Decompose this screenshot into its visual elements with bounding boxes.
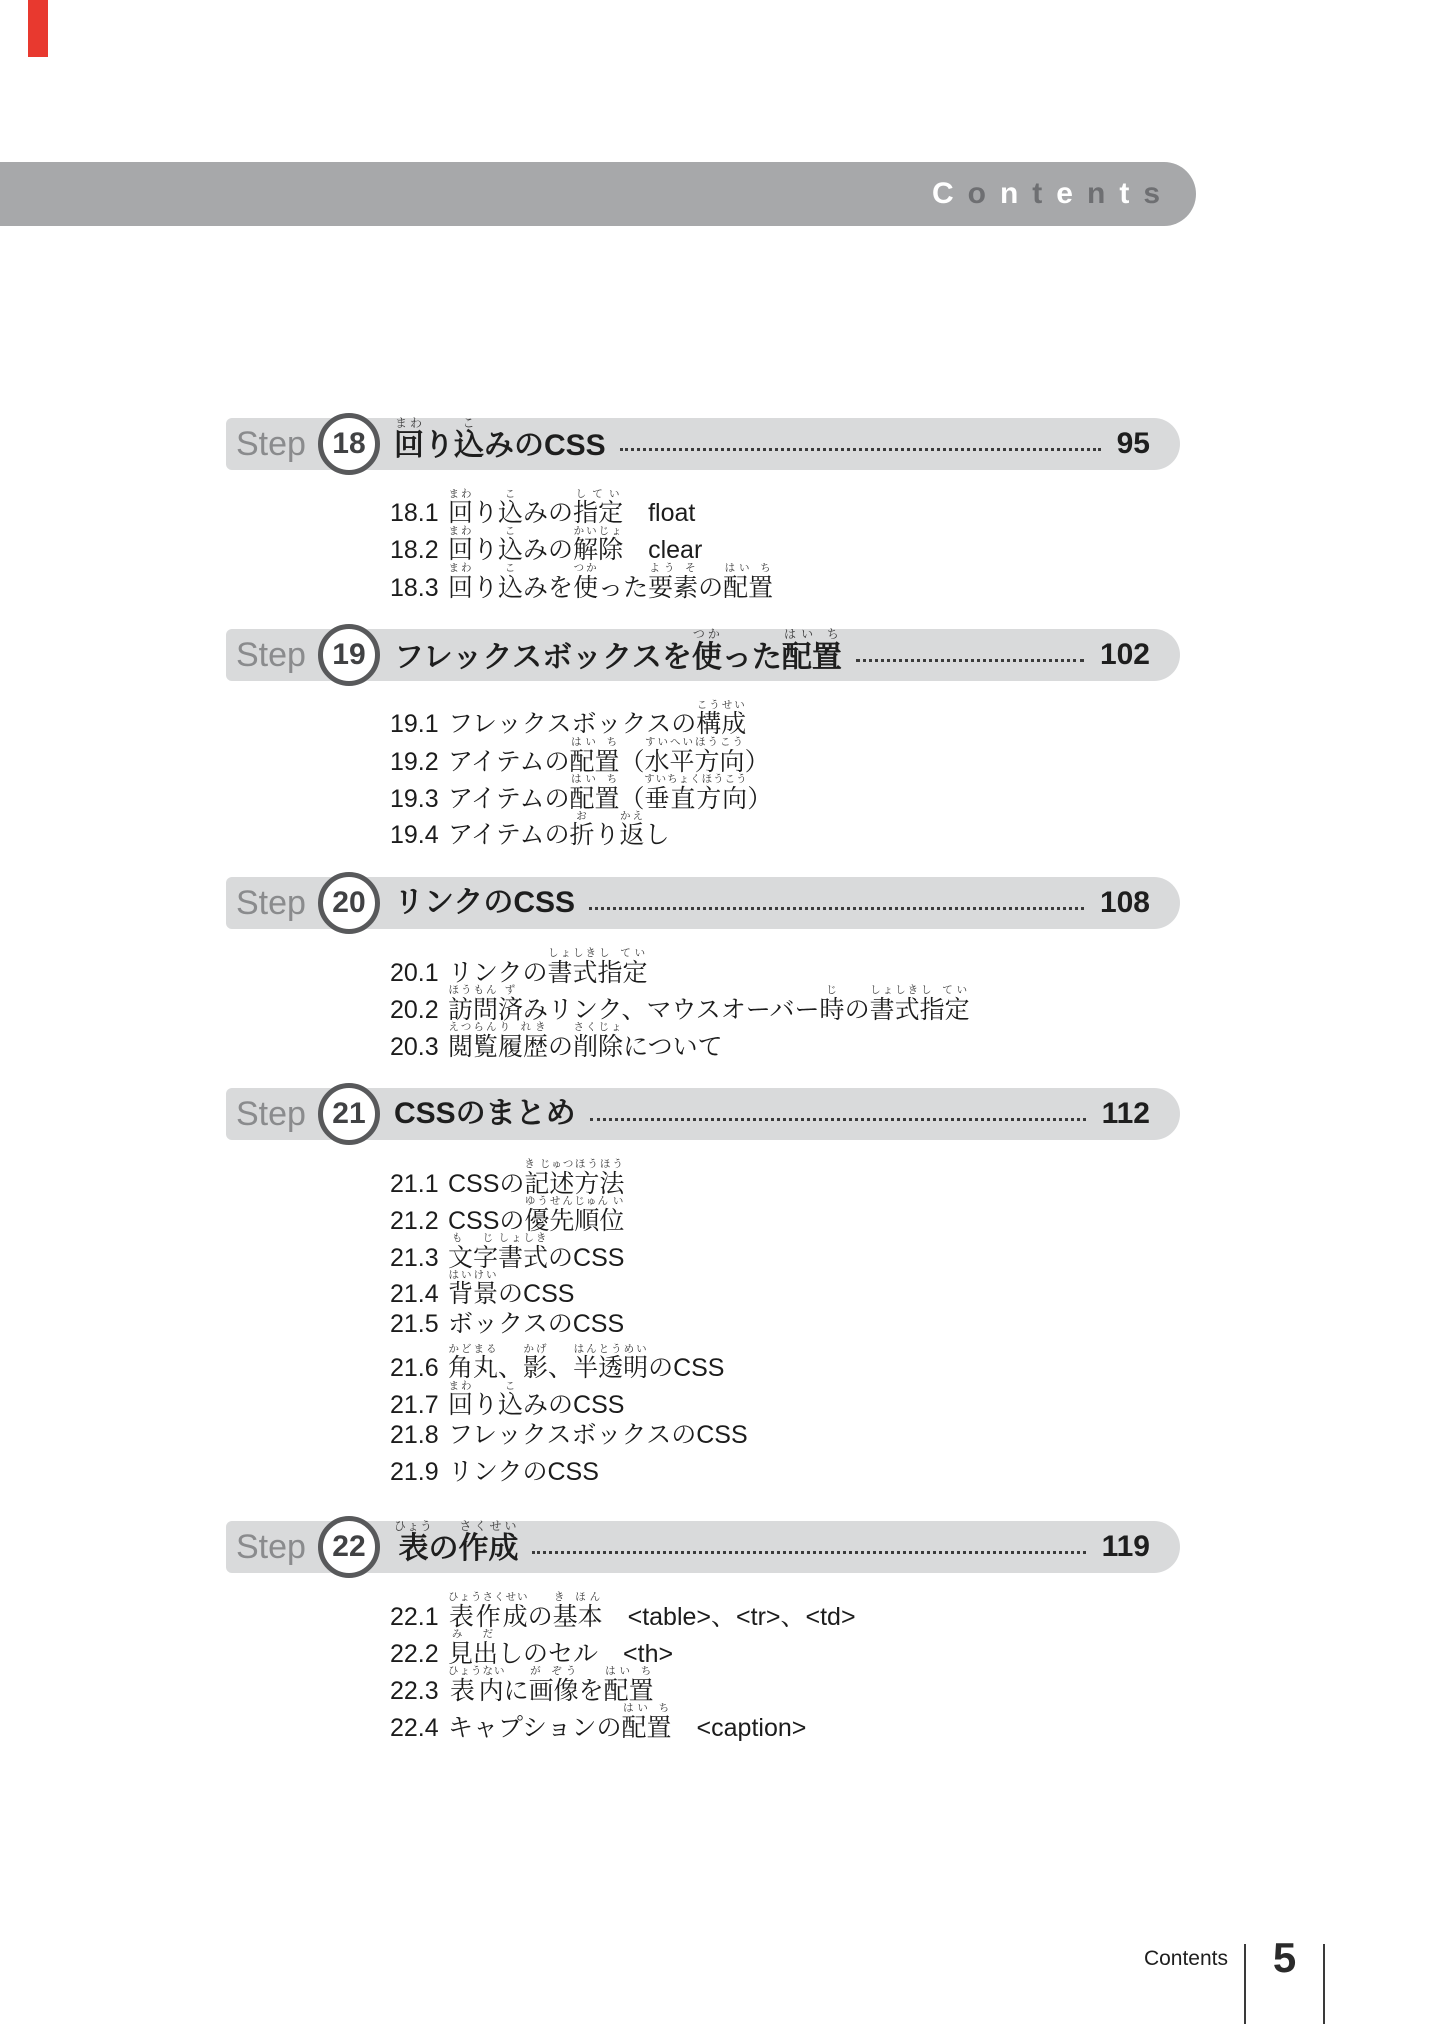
ruby-text: 背景はいけい	[448, 1280, 498, 1308]
toc-item-title: 閲覧えつらん履歴り れきの削除さくじょについて	[448, 1033, 723, 1061]
toc-section: Step20リンクのCSS10820.1リンクの書式しょしき指定し てい20.2…	[0, 877, 1433, 1058]
ruby-text: 配置はい ち	[570, 785, 620, 813]
ruby-text: 影かげ	[523, 1354, 548, 1382]
toc-item-title: ボックスのCSS	[448, 1310, 624, 1338]
toc-item-number: 20.2	[390, 992, 448, 1029]
ruby-text: 込こ	[454, 429, 484, 462]
contents-header-letter: e	[1056, 177, 1087, 211]
toc-item-number: 18.2	[390, 532, 448, 569]
toc-item: 20.1リンクの書式しょしき指定し てい	[390, 947, 1433, 984]
toc-item: 22.3表内ひょうないに画像が ぞうを配置はい ち	[390, 1665, 1433, 1702]
ruby-text: 作成さくせい	[458, 1532, 518, 1565]
ruby-text: 画像が ぞう	[529, 1677, 579, 1705]
step-heading-bar: Step20リンクのCSS108	[226, 877, 1180, 929]
ruby-text: 回まわ	[448, 499, 473, 527]
ruby-text: 履歴り れき	[498, 1033, 548, 1061]
ruby-text: 配置はい ち	[782, 641, 842, 674]
dotted-leader	[532, 1551, 1085, 1554]
ruby-text: 指定し てい	[920, 996, 970, 1024]
toc-item: 21.9リンクのCSS	[390, 1454, 1433, 1491]
step-title: 表ひょうの作成さくせい	[394, 1519, 519, 1575]
toc-section: Step21CSSのまとめ11221.1CSSの記述き じゅつ方法ほうほう21.…	[0, 1088, 1433, 1491]
toc-item-title: 表内ひょうないに画像が ぞうを配置はい ち	[448, 1677, 654, 1705]
ruby-text: 訪問ほうもん	[448, 996, 498, 1024]
contents-header-letter: C	[932, 177, 968, 211]
dotted-leader	[589, 907, 1084, 910]
ruby-text: 表ひょう	[394, 1532, 429, 1565]
toc-item-title: CSSの優先ゆうせん順位じゅん い	[448, 1207, 624, 1235]
ruby-text: 回まわ	[448, 574, 473, 602]
ruby-text: 基本き ほん	[553, 1603, 603, 1631]
toc-item-number: 18.3	[390, 570, 448, 607]
ruby-text: 込こ	[498, 1391, 523, 1419]
toc-section: Step19フレックスボックスを使つかった配置はい ち10219.1フレックスボ…	[0, 629, 1433, 847]
ruby-text: 込こ	[498, 574, 523, 602]
ruby-text: 方法ほうほう	[574, 1170, 624, 1198]
contents-header-letter: o	[968, 177, 1000, 211]
toc-item: 18.1回まわり込こみの指定してい float	[390, 488, 1433, 525]
toc-item-number: 21.2	[390, 1203, 448, 1240]
step-label: Step	[236, 884, 306, 923]
ruby-text: 文字も じ	[448, 1244, 498, 1272]
toc-item-number: 19.4	[390, 817, 448, 854]
toc-item: 21.6角丸かどまる、影かげ、半透明はんとうめいのCSS	[390, 1343, 1433, 1380]
ruby-text: 使つか	[692, 641, 722, 674]
toc-section: Step22表ひょうの作成さくせい11922.1表作成ひょうさくせいの基本き ほ…	[0, 1521, 1433, 1739]
ruby-text: 削除さくじょ	[573, 1033, 623, 1061]
ruby-text: 解除かいじょ	[573, 536, 623, 564]
ruby-text: 時じ	[820, 996, 845, 1024]
toc-item-number: 21.1	[390, 1166, 448, 1203]
toc-item-title: 文字も じ書式しょしきのCSS	[448, 1244, 624, 1272]
step-title: 回まわり込こみのCSS	[394, 416, 606, 472]
ruby-text: 回まわ	[394, 429, 424, 462]
toc-item-list: 20.1リンクの書式しょしき指定し てい20.2訪問ほうもん済ずみリンク、マウス…	[390, 947, 1433, 1058]
step-number-badge: 18	[318, 413, 380, 475]
footer-contents-label: Contents	[1050, 1947, 1228, 1971]
contents-header-letter: s	[1143, 177, 1174, 211]
dotted-leader	[856, 659, 1084, 662]
dotted-leader	[590, 1118, 1086, 1121]
ruby-text: 折お	[570, 821, 595, 849]
ruby-text: 表作成ひょうさくせい	[448, 1603, 528, 1631]
toc-item-number: 19.3	[390, 781, 448, 818]
ruby-text: 順位じゅん い	[574, 1207, 624, 1235]
toc-item-number: 19.2	[390, 744, 448, 781]
ruby-text: 指定してい	[573, 499, 623, 527]
page-edge-red-tab	[28, 0, 48, 57]
step-heading-bar: Step22表ひょうの作成さくせい119	[226, 1521, 1180, 1573]
toc-item: 21.3文字も じ書式しょしきのCSS	[390, 1232, 1433, 1269]
step-title: CSSのまとめ	[394, 1088, 576, 1140]
toc-item-title: キャプションの配置はい ち <caption>	[448, 1714, 806, 1742]
toc-item-number: 21.9	[390, 1454, 448, 1491]
toc-item-number: 21.3	[390, 1240, 448, 1277]
toc-item-number: 19.1	[390, 706, 448, 743]
step-number-badge: 19	[318, 624, 380, 686]
ruby-text: 角丸かどまる	[448, 1354, 498, 1382]
step-label: Step	[236, 636, 306, 675]
ruby-text: 使つか	[573, 574, 598, 602]
toc-item-title: フレックスボックスの構成こうせい	[448, 710, 746, 738]
step-title: リンクのCSS	[394, 877, 575, 929]
ruby-text: 表内ひょうない	[448, 1677, 504, 1705]
toc-section: Step18回まわり込こみのCSS9518.1回まわり込こみの指定してい flo…	[0, 418, 1433, 599]
dotted-leader	[620, 448, 1101, 451]
toc-item-title: リンクの書式しょしき指定し てい	[448, 959, 648, 987]
contents-header-letter: t	[1032, 177, 1056, 211]
step-title: フレックスボックスを使つかった配置はい ち	[394, 627, 842, 684]
toc-item-title: フレックスボックスのCSS	[448, 1421, 748, 1449]
step-label: Step	[236, 1095, 306, 1134]
toc-item: 19.1フレックスボックスの構成こうせい	[390, 699, 1433, 736]
ruby-text: 込こ	[498, 536, 523, 564]
toc-item-title: CSSの記述き じゅつ方法ほうほう	[448, 1170, 624, 1198]
ruby-text: 見出み だ	[448, 1640, 498, 1668]
ruby-text: 指定し てい	[598, 959, 648, 987]
toc-item-list: 18.1回まわり込こみの指定してい float18.2回まわり込こみの解除かいじ…	[390, 488, 1433, 599]
step-heading-bar: Step21CSSのまとめ112	[226, 1088, 1180, 1140]
toc-item: 21.5ボックスのCSS	[390, 1306, 1433, 1343]
toc-item: 21.8フレックスボックスのCSS	[390, 1417, 1433, 1454]
ruby-text: 配置はい ち	[604, 1677, 654, 1705]
step-heading-bar: Step19フレックスボックスを使つかった配置はい ち102	[226, 629, 1180, 681]
contents-header-letter: n	[1087, 177, 1119, 211]
ruby-text: 書式しょしき	[870, 996, 920, 1024]
toc-item-list: 19.1フレックスボックスの構成こうせい19.2アイテムの配置はい ち（水平方向…	[390, 699, 1433, 847]
toc-item-title: 回まわり込こみを使つかった要素よう その配置はい ち	[448, 574, 773, 602]
ruby-text: 半透明はんとうめい	[573, 1354, 648, 1382]
toc-item: 21.1CSSの記述き じゅつ方法ほうほう	[390, 1158, 1433, 1195]
ruby-text: 配置はい ち	[570, 748, 620, 776]
footer-page-number: 5	[1246, 1934, 1323, 1982]
toc-item-title: アイテムの折おり返かえし	[448, 821, 670, 849]
step-page-number: 95	[1117, 427, 1150, 461]
contents-header-bar: Contents	[0, 162, 1196, 226]
step-heading-bar: Step18回まわり込こみのCSS95	[226, 418, 1180, 470]
ruby-text: 記述き じゅつ	[524, 1170, 574, 1198]
step-page-number: 102	[1100, 638, 1150, 672]
step-number-badge: 21	[318, 1083, 380, 1145]
contents-header-letter: n	[1000, 177, 1032, 211]
toc-item: 22.1表作成ひょうさくせいの基本き ほん <table>、<tr>、<td>	[390, 1591, 1433, 1628]
step-number-badge: 20	[318, 872, 380, 934]
toc-item-title: アイテムの配置はい ち（垂直方向すいちょくほうこう）	[448, 785, 772, 813]
toc-item-number: 21.5	[390, 1306, 448, 1343]
ruby-text: 要素よう そ	[648, 574, 698, 602]
ruby-text: 済ず	[498, 996, 523, 1024]
ruby-text: 配置はい ち	[622, 1714, 672, 1742]
toc-item-title: 回まわり込こみのCSS	[448, 1391, 624, 1419]
step-page-number: 112	[1102, 1097, 1150, 1131]
toc-item-number: 22.1	[390, 1599, 448, 1636]
step-label: Step	[236, 1528, 306, 1567]
toc-item-number: 21.8	[390, 1417, 448, 1454]
ruby-text: 書式しょしき	[498, 1244, 548, 1272]
toc-item-title: 角丸かどまる、影かげ、半透明はんとうめいのCSS	[448, 1354, 724, 1382]
toc-item-title: 見出み だしのセル <th>	[448, 1640, 673, 1668]
toc-item-title: 背景はいけいのCSS	[448, 1280, 574, 1308]
ruby-text: 回まわ	[448, 1391, 473, 1419]
step-number-badge: 22	[318, 1516, 380, 1578]
contents-header-letter: t	[1119, 177, 1143, 211]
toc-item-title: 表作成ひょうさくせいの基本き ほん <table>、<tr>、<td>	[448, 1603, 856, 1631]
ruby-text: 構成こうせい	[696, 710, 746, 738]
toc-item-list: 22.1表作成ひょうさくせいの基本き ほん <table>、<tr>、<td>2…	[390, 1591, 1433, 1739]
ruby-text: 書式しょしき	[548, 959, 598, 987]
toc-item-title: 回まわり込こみの指定してい float	[448, 499, 695, 527]
toc-item: 21.2CSSの優先ゆうせん順位じゅん い	[390, 1195, 1433, 1232]
step-page-number: 108	[1100, 886, 1150, 920]
ruby-text: 垂直方向すいちょくほうこう	[645, 785, 748, 813]
step-label: Step	[236, 425, 306, 464]
toc: Step18回まわり込こみのCSS9518.1回まわり込こみの指定してい flo…	[0, 418, 1433, 1769]
toc-item-number: 20.3	[390, 1029, 448, 1066]
toc-item-number: 20.1	[390, 955, 448, 992]
toc-item-number: 18.1	[390, 495, 448, 532]
ruby-text: 返かえ	[620, 821, 645, 849]
footer-divider-line	[1323, 1944, 1325, 2024]
toc-item-title: 回まわり込こみの解除かいじょ clear	[448, 536, 702, 564]
ruby-text: 水平方向すいへいほうこう	[645, 748, 745, 776]
toc-item-list: 21.1CSSの記述き じゅつ方法ほうほう21.2CSSの優先ゆうせん順位じゅん…	[390, 1158, 1433, 1491]
toc-item-number: 22.4	[390, 1710, 448, 1747]
toc-item-title: 訪問ほうもん済ずみリンク、マウスオーバー時じの書式しょしき指定し てい	[448, 996, 970, 1024]
toc-item-number: 22.3	[390, 1673, 448, 1710]
toc-item-title: アイテムの配置はい ち（水平方向すいへいほうこう）	[448, 748, 770, 776]
step-page-number: 119	[1102, 1530, 1150, 1564]
toc-item-title: リンクのCSS	[448, 1458, 599, 1486]
ruby-text: 配置はい ち	[723, 574, 773, 602]
toc-item-number: 22.2	[390, 1636, 448, 1673]
toc-item-number: 21.6	[390, 1350, 448, 1387]
ruby-text: 閲覧えつらん	[448, 1033, 498, 1061]
ruby-text: 回まわ	[448, 536, 473, 564]
ruby-text: 優先ゆうせん	[524, 1207, 574, 1235]
ruby-text: 込こ	[498, 499, 523, 527]
